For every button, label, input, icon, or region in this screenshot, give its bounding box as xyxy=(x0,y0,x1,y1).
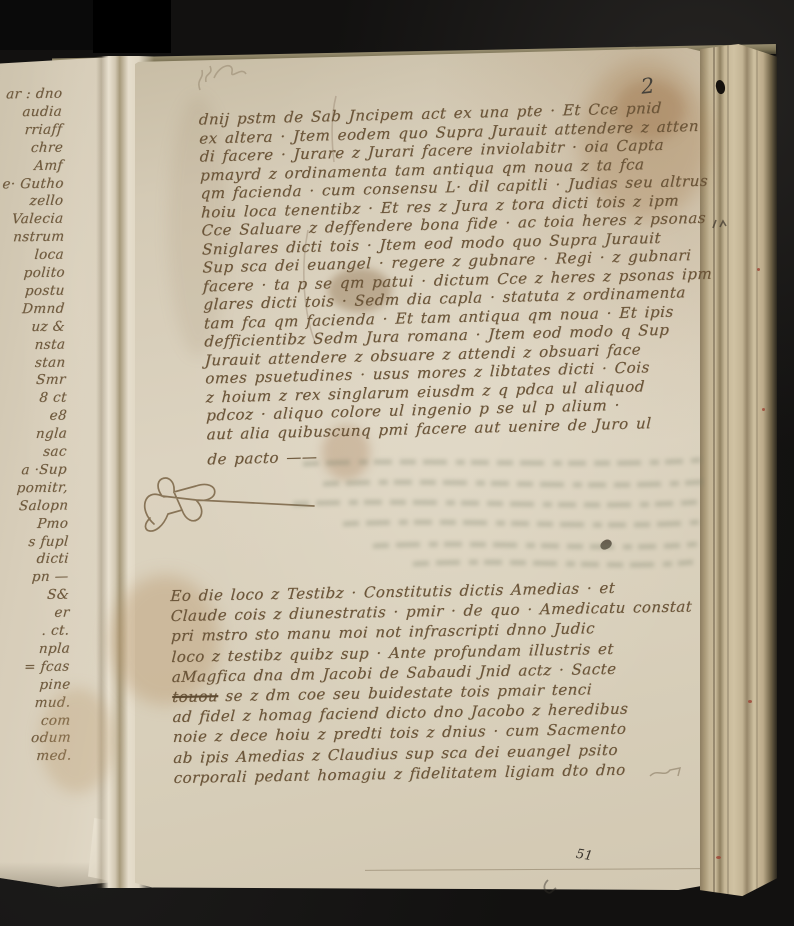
text-block-1: dnij pstm de Sab Jncipem act ex una pte … xyxy=(199,98,723,469)
text-block-2: Eo die loco z Testibz · Constitutis dict… xyxy=(170,576,719,788)
facing-page-fragment: S& xyxy=(46,587,69,603)
facing-page-fragment: dicti xyxy=(36,551,69,567)
facing-page-fragment: Pmo xyxy=(36,515,68,531)
background-shadow xyxy=(0,0,94,50)
facing-page-fragment: Salopn xyxy=(18,497,69,514)
facing-page-fragment: ar : dno xyxy=(5,86,62,103)
facing-page-fragment: pine xyxy=(39,676,71,692)
pen-trial-scribble xyxy=(194,60,250,98)
bottom-tick-mark xyxy=(538,878,560,896)
facing-page-fragment: chre xyxy=(30,139,63,155)
facing-page-fragment: odum xyxy=(31,730,72,747)
facing-page-fragment: nstrum xyxy=(12,229,65,246)
struck-word: touou xyxy=(172,687,219,706)
fore-edge-crease xyxy=(727,44,729,897)
edge-pen-mark xyxy=(710,218,730,232)
bleed-through-text xyxy=(283,452,707,580)
facing-page-fragment: med. xyxy=(35,748,72,765)
fore-edge-crease xyxy=(756,44,758,897)
facing-page-fragment: com xyxy=(41,712,72,728)
facing-page-fragment: e· Gutho xyxy=(1,175,64,192)
facing-page-text-fragments: ar : dnoaudiarriaffchreAmfe· GuthozelloV… xyxy=(0,86,64,87)
facing-page-fragment: . ct. xyxy=(41,623,70,639)
facing-page-fragment: Amf xyxy=(34,157,64,173)
facing-page-fragment: s fupl xyxy=(27,533,68,550)
red-speck xyxy=(757,268,760,271)
facing-page-fragment: Dmnd xyxy=(22,300,66,317)
facing-page-fragment: postu xyxy=(24,282,65,299)
facing-page-fragment: 8 ct xyxy=(38,390,67,406)
folio-number: 2 xyxy=(640,73,657,98)
facing-page-fragment: ngla xyxy=(35,426,67,442)
facing-page-fragment: e8 xyxy=(49,408,68,424)
facing-page-fragment: nsta xyxy=(34,336,66,352)
facing-page-fragment: Smr xyxy=(36,372,67,388)
facing-page-fragment: er xyxy=(54,605,70,621)
facing-page-fragment: = fcas xyxy=(24,658,71,675)
facing-page-fragment: uz & xyxy=(31,318,66,334)
facing-page-fragment: stan xyxy=(35,354,67,370)
red-speck xyxy=(716,856,721,859)
red-speck xyxy=(748,700,752,703)
facing-page-fragment: mud. xyxy=(34,694,71,711)
facing-page-fragment: Valecia xyxy=(12,211,65,228)
bottom-pen-mark: 51 xyxy=(575,847,594,864)
manuscript-photo: ar : dnoaudiarriaffchreAmfe· GuthozelloV… xyxy=(0,0,794,926)
facing-page-fragment: loca xyxy=(34,247,65,263)
facing-page-fragment: pn — xyxy=(32,569,70,586)
faint-squiggle-mark xyxy=(648,762,684,782)
facing-page-fragment: audia xyxy=(22,103,63,120)
facing-page-fragment: sac xyxy=(43,444,68,460)
facing-page-fragment: npla xyxy=(38,640,70,656)
facing-page-fragment: rriaff xyxy=(24,121,63,138)
facing-page-fragment: pomitr, xyxy=(16,479,69,496)
red-speck xyxy=(762,408,765,411)
facing-page-fragment: zello xyxy=(29,193,64,209)
background-notch xyxy=(93,0,171,53)
facing-page-fragment: polito xyxy=(23,265,66,282)
facing-page-fragment: a ·Sup xyxy=(21,461,68,478)
